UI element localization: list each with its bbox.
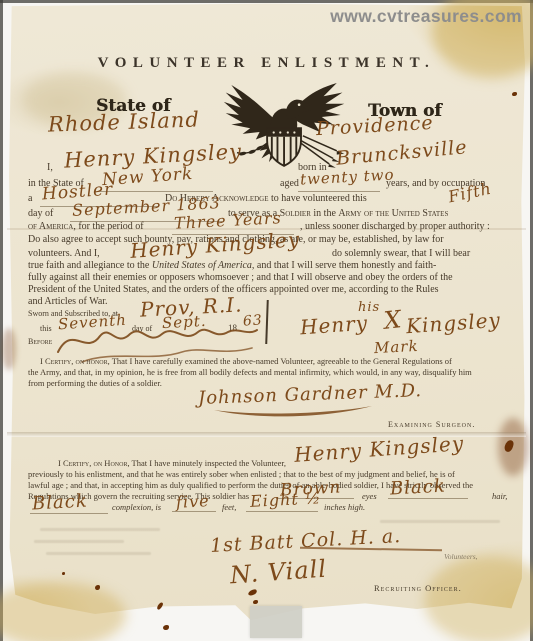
- ink-spot: [62, 572, 65, 575]
- volunteers-and-i-label: volunteers. And I,: [28, 248, 100, 259]
- faith-pre: true faith and allegiance to the: [28, 260, 152, 271]
- surgeon-cert-line3: from performing the duties of a soldier.: [28, 378, 162, 388]
- swear-suffix: do solemnly swear, that I will bear: [332, 248, 470, 259]
- surgeon-certify-smallcaps: I Certify, on honor,: [40, 356, 110, 366]
- blank-line-complexion: [30, 512, 108, 514]
- ink-spot: [253, 600, 258, 604]
- inches-label: inches high.: [324, 502, 365, 512]
- surgeon-cert-line2: the Army, and that, in my opinion, he is…: [28, 367, 472, 377]
- photo-edge-left: [0, 0, 3, 641]
- volunteers-label: Volunteers,: [444, 552, 478, 561]
- ink-spot: [512, 92, 517, 96]
- blank-line-hair: [388, 497, 468, 499]
- tape-fragment: [250, 606, 302, 638]
- inspect-cert-line1-rest: That I have minutely inspected the Volun…: [130, 458, 286, 468]
- inspect-certify-smallcaps: I Certify, on Honor,: [58, 458, 130, 468]
- blank-line-feet: [172, 510, 216, 512]
- page-title: VOLUNTEER ENLISTMENT.: [0, 55, 533, 72]
- eyes-label: eyes: [362, 491, 377, 501]
- examining-surgeon-label: Examining Surgeon.: [388, 420, 475, 429]
- occupation-a-label: a: [28, 193, 32, 204]
- ink-spot: [163, 625, 169, 630]
- hair-value-handwriting: Black: [389, 476, 446, 500]
- faith-line: true faith and allegiance to the United …: [28, 260, 436, 271]
- aged-label: aged: [280, 178, 299, 189]
- blank-line-age: [298, 190, 380, 192]
- complexion-label: complexion, is: [112, 502, 161, 512]
- soldier-smallcaps: Soldier: [280, 208, 311, 219]
- inspect-cert-line1: I Certify, on Honor, That I have minutel…: [58, 458, 286, 468]
- i-label: I,: [47, 162, 53, 173]
- blank-line-state: [98, 190, 213, 192]
- stain-left-middle: [2, 328, 16, 370]
- bleedthrough-ghost: [40, 528, 160, 531]
- complexion-value-handwriting: Black: [31, 491, 88, 515]
- bleedthrough-ghost: [380, 520, 500, 523]
- blank-line-inches: [246, 510, 318, 512]
- bleedthrough-ghost: [34, 540, 124, 543]
- watermark-text: www.cvtreasures.com: [330, 6, 522, 27]
- feet-value-handwriting: five: [176, 491, 210, 512]
- america-period-line: of America, for the period of: [28, 221, 144, 232]
- articles-line: and Articles of War.: [28, 296, 108, 307]
- feet-label: feet,: [222, 502, 236, 512]
- serve-mid: in the: [311, 208, 339, 219]
- recruiting-officer-label: Recruiting Officer.: [374, 583, 462, 593]
- army-smallcaps: Army of the United States: [338, 208, 448, 219]
- hair-label: hair,: [492, 491, 507, 501]
- period-suffix: , unless sooner discharged by proper aut…: [300, 221, 490, 232]
- faith-post: and that I will serve them honestly and …: [254, 260, 436, 271]
- surgeon-cert-line1-rest: That I have carefully examined the above…: [110, 356, 452, 366]
- surgeon-flourish-icon: [208, 404, 378, 423]
- mark-first-handwriting: Henry: [299, 311, 369, 340]
- inches-value-handwriting: Eight ½: [250, 488, 322, 511]
- acknowledge-rest: to have volunteered this: [269, 193, 367, 204]
- day-of-label: day of: [28, 208, 53, 219]
- x-mark-handwriting: X: [383, 305, 404, 335]
- before-label: Before: [28, 337, 52, 346]
- stain-right-middle: [498, 418, 528, 476]
- this-label: this: [40, 324, 52, 333]
- surgeon-cert-line1: I Certify, on honor, That I have careful…: [40, 356, 452, 366]
- fully-line: fully against all their enemies or oppos…: [28, 272, 453, 283]
- period-label: for the period of: [76, 221, 144, 232]
- usa-italic: United States of America,: [152, 260, 255, 271]
- of-america-smallcaps: of America,: [28, 221, 76, 232]
- scanned-enlistment-document: www.cvtreasures.com VOLUNTEER ENLISTMENT…: [0, 0, 533, 641]
- mark-label-handwriting: Mark: [374, 337, 419, 357]
- bleedthrough-ghost: [46, 552, 151, 555]
